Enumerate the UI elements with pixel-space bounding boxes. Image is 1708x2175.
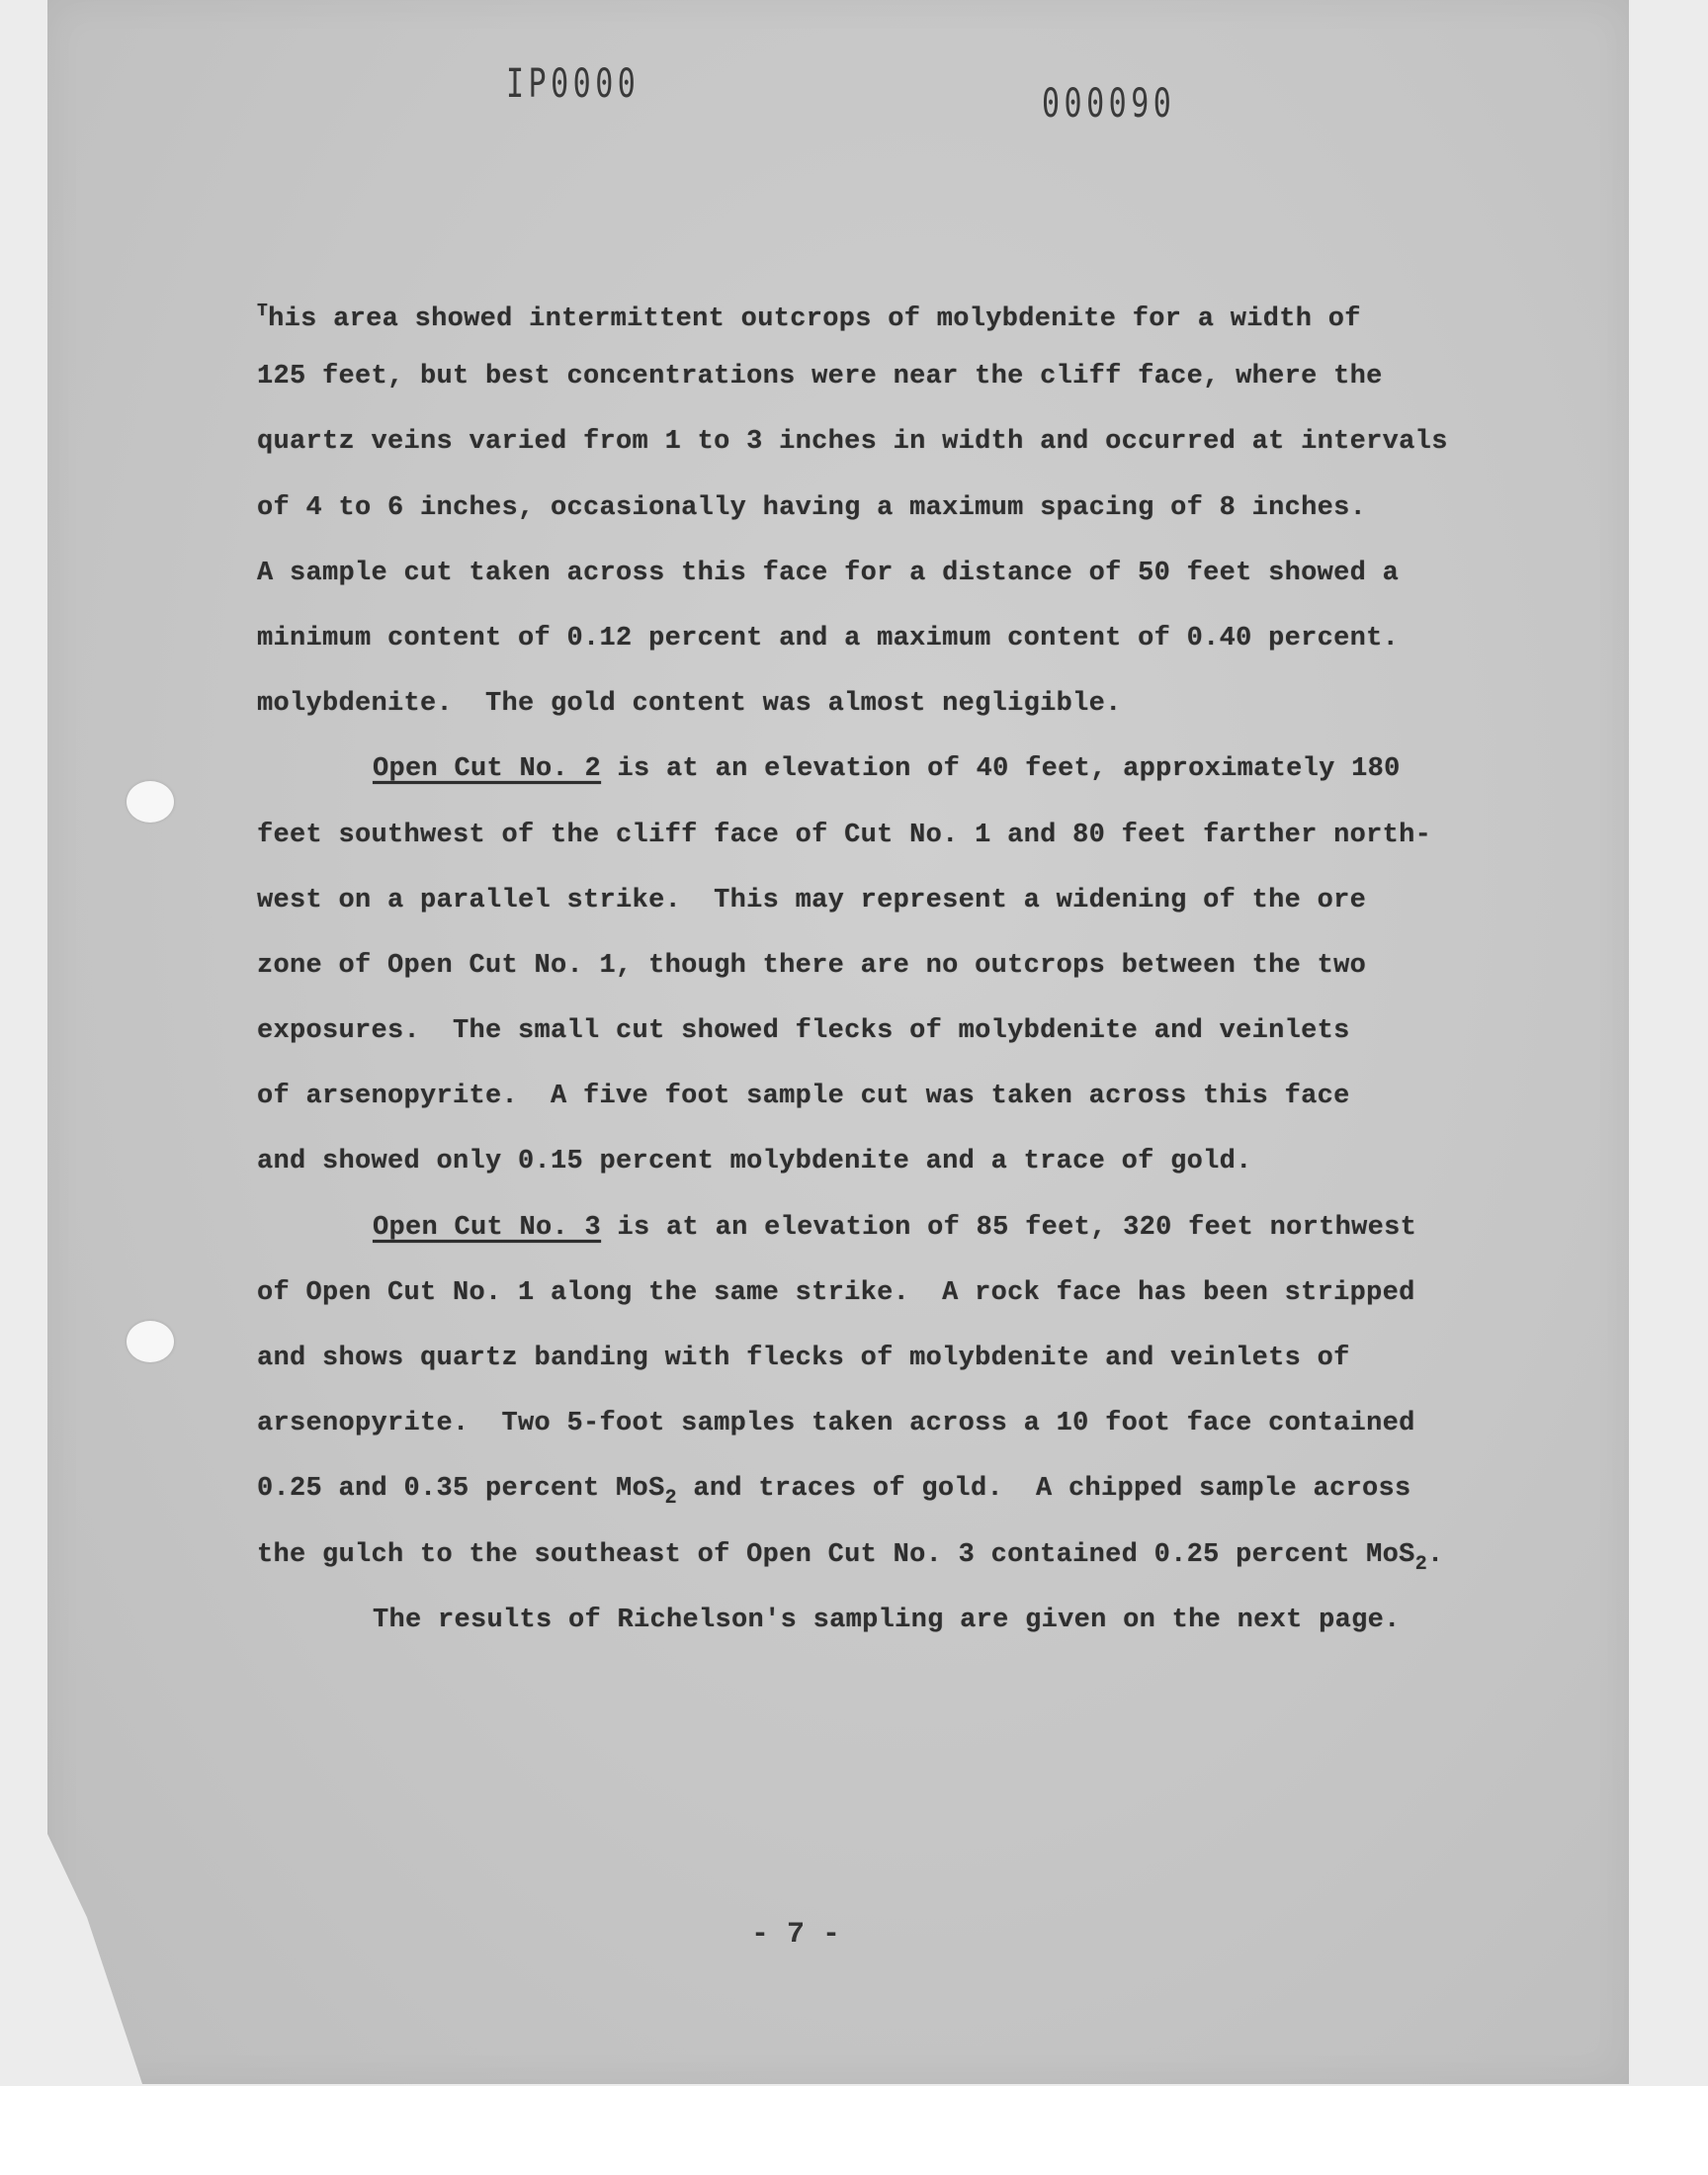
text-line: of Open Cut No. 1 along the same strike.… — [257, 1261, 1483, 1326]
text-line: A sample cut taken across this face for … — [257, 541, 1483, 606]
text-line: of arsenopyrite. A five foot sample cut … — [257, 1064, 1483, 1129]
text-line: This area showed intermittent outcrops o… — [257, 279, 1483, 344]
text-line: molybdenite. The gold content was almost… — [257, 671, 1483, 737]
text-line: feet southwest of the cliff face of Cut … — [257, 803, 1483, 868]
paragraph-open-cut-2-start: Open Cut No. 2 is at an elevation of 40 … — [257, 737, 1483, 802]
heading-open-cut-2: Open Cut No. 2 — [373, 754, 601, 784]
text-line: of 4 to 6 inches, occasionally having a … — [257, 476, 1483, 541]
text-line: arsenopyrite. Two 5-foot samples taken a… — [257, 1391, 1483, 1456]
heading-open-cut-3: Open Cut No. 3 — [373, 1213, 601, 1243]
punch-hole-lower — [127, 1321, 174, 1362]
text-line-mos2: 0.25 and 0.35 percent MoS2 and traces of… — [257, 1456, 1483, 1522]
stamp-left-id: IP0000 — [506, 61, 640, 107]
text-line: zone of Open Cut No. 1, though there are… — [257, 933, 1483, 999]
raised-initial: T — [257, 302, 268, 321]
text-line: and shows quartz banding with flecks of … — [257, 1326, 1483, 1391]
page-number: - 7 - — [751, 1918, 840, 1952]
text-line-mos2: the gulch to the southeast of Open Cut N… — [257, 1522, 1483, 1588]
text-line: exposures. The small cut showed flecks o… — [257, 999, 1483, 1064]
text-line: west on a parallel strike. This may repr… — [257, 868, 1483, 933]
subscript: 2 — [665, 1487, 677, 1510]
text-line: minimum content of 0.12 percent and a ma… — [257, 606, 1483, 671]
text-line: quartz veins varied from 1 to 3 inches i… — [257, 409, 1483, 475]
text-line: and showed only 0.15 percent molybdenite… — [257, 1129, 1483, 1194]
body-text: This area showed intermittent outcrops o… — [257, 279, 1483, 1653]
subscript: 2 — [1415, 1553, 1427, 1576]
closing-sentence: The results of Richelson's sampling are … — [257, 1588, 1483, 1653]
paragraph-open-cut-3-start: Open Cut No. 3 is at an elevation of 85 … — [257, 1195, 1483, 1261]
punch-hole-upper — [127, 781, 174, 823]
text-line: 125 feet, but best concentrations were n… — [257, 344, 1483, 409]
stamp-right-id: 000090 — [1042, 81, 1175, 127]
